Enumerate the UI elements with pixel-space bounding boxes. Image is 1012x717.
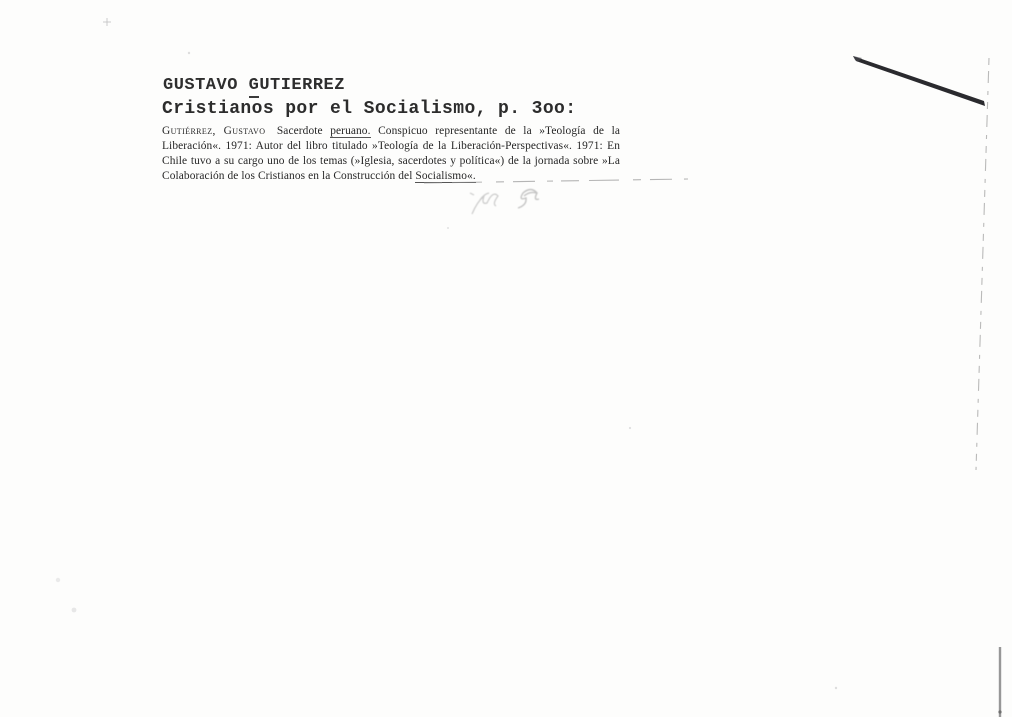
- noise-speck: [835, 687, 837, 689]
- registration-plus-mark: [103, 18, 111, 26]
- heading-author-rest: UTIERREZ: [259, 76, 345, 95]
- noise-speck: [447, 227, 449, 229]
- diagonal-pen-stroke-icon: [853, 56, 985, 106]
- pencil-smudge-right: [518, 190, 539, 209]
- entry-name: Gutiérrez, Gustavo: [162, 125, 265, 137]
- noise-speck: [188, 52, 190, 54]
- pencil-smudge-left: [470, 193, 498, 214]
- heading-title: Cristianos por el Socialismo, p. 3oo:: [162, 99, 576, 119]
- scanned-document-page: GUSTAVO GUTIERREZ Cristianos por el Soci…: [0, 0, 1012, 717]
- edge-line-end-dot: [998, 710, 1001, 713]
- catalog-entry-paragraph: Gutiérrez, Gustavo Sacerdote peruano. Co…: [162, 124, 620, 184]
- heading-author-first: GUSTAVO: [163, 76, 249, 95]
- entry-lead-text: Sacerdote: [265, 125, 330, 137]
- entry-underlined-word: peruano.: [330, 125, 370, 138]
- noise-speck: [629, 427, 631, 429]
- entry-underlined-end: Socialismo«.: [415, 170, 475, 183]
- noise-speck: [56, 578, 60, 582]
- noise-speck: [72, 608, 77, 613]
- heading-author: GUSTAVO GUTIERREZ: [163, 76, 345, 95]
- heading-author-underlined-initial: G: [249, 76, 260, 98]
- vertical-dashed-edge-line: [976, 58, 989, 470]
